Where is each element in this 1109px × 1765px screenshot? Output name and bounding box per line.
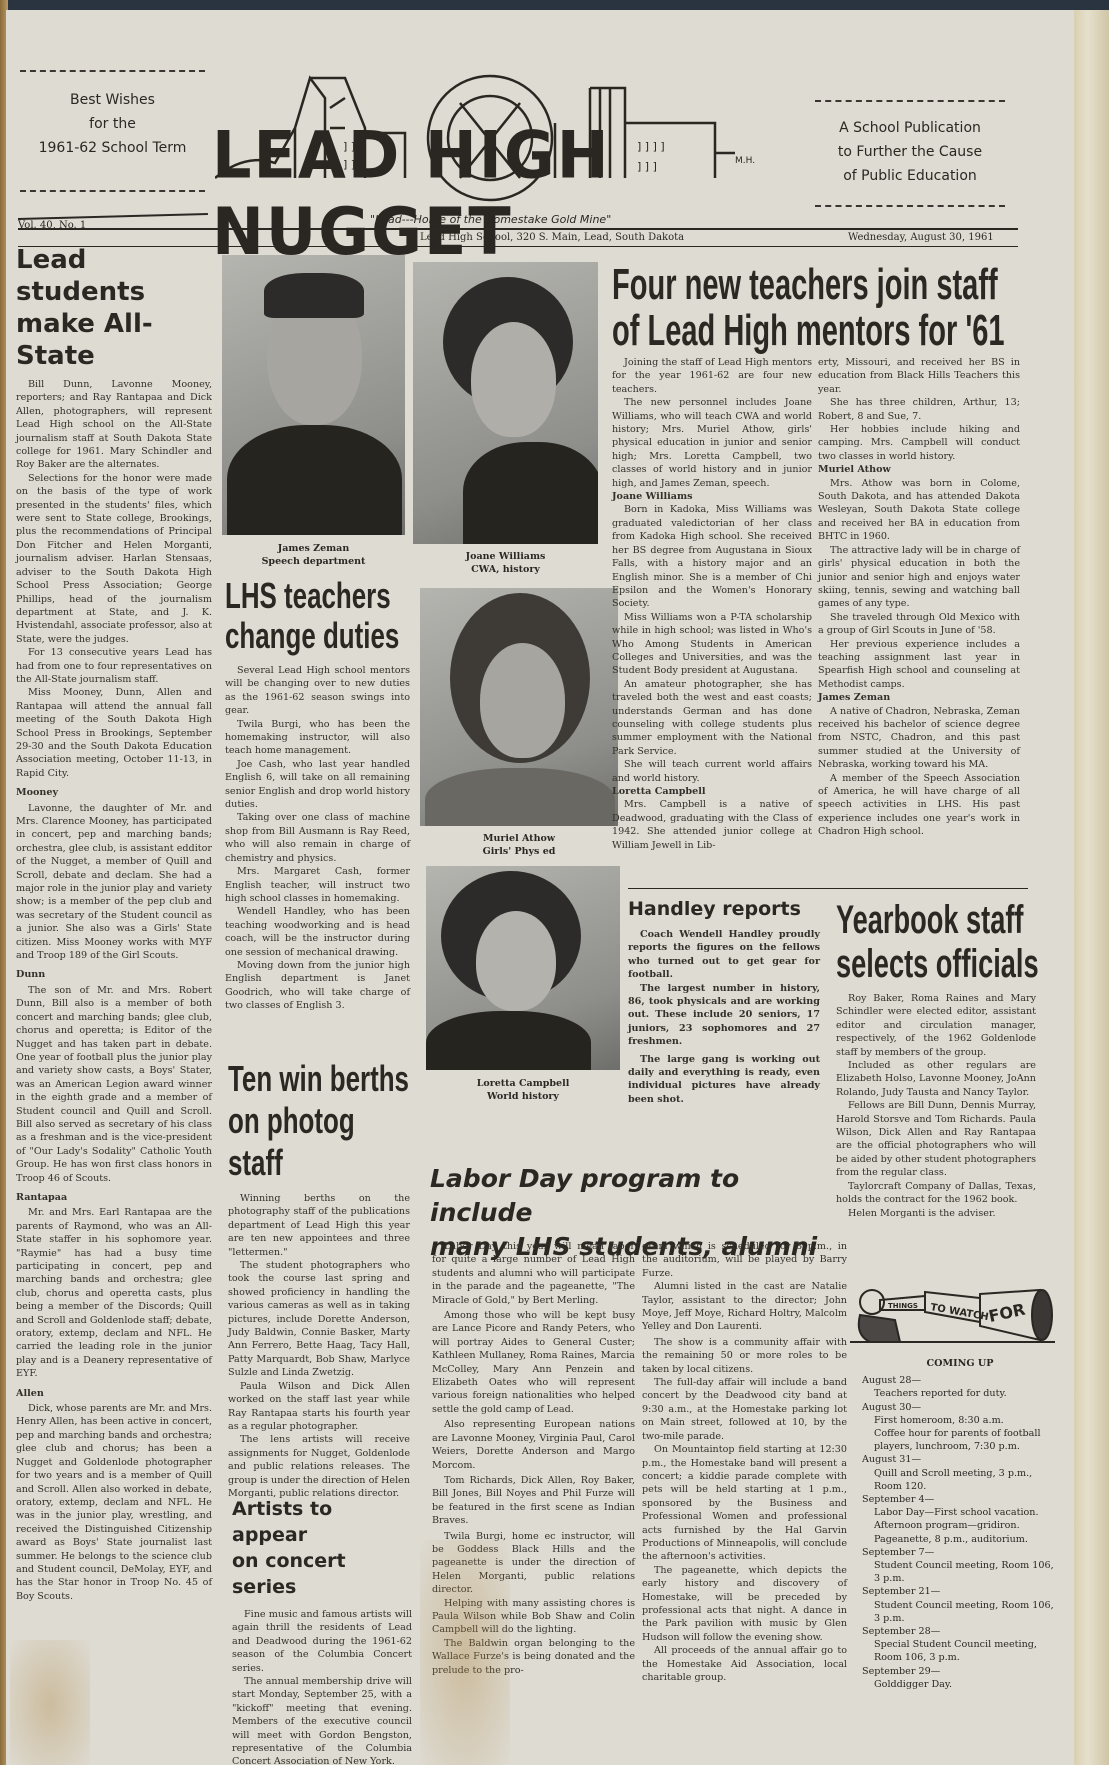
paragraph: For 13 consecutive years Lead has had fr… (16, 646, 212, 686)
calendar-event: First homeroom, 8:30 a.m. (874, 1414, 1058, 1427)
article-body: Bill Dunn, Lavonne Mooney, reporters; an… (16, 378, 212, 1603)
school-address: Lead High School, 320 S. Main, Lead, Sou… (420, 232, 684, 243)
calendar-event: Pageanette, 8 p.m., auditorium. (874, 1533, 1058, 1546)
paragraph: Joe Cash, who last year handled English … (225, 758, 410, 812)
paragraph: Winning berths on the photography staff … (228, 1192, 410, 1259)
headline-line: on concert series (232, 1548, 412, 1600)
article-body: Coach Wendell Handley proudly reports th… (628, 928, 820, 1106)
paragraph: Among those who will be kept busy are La… (432, 1309, 635, 1416)
headline-line: Lead students (16, 244, 212, 308)
calendar-title: COMING UP (862, 1357, 1058, 1370)
right-line: A School Publication (815, 116, 1005, 140)
coming-up-calendar: COMING UP August 28— Teachers reported f… (862, 1357, 1058, 1691)
paragraph: Helen Morganti is the adviser. (836, 1207, 1036, 1220)
paragraph: The new personnel includes Joane William… (612, 396, 812, 490)
calendar-event: Coffee hour for parents of football play… (874, 1427, 1058, 1453)
calendar-event: Afternoon program—gridiron. (874, 1519, 1058, 1532)
masthead-rule (18, 228, 1018, 230)
paragraph: The pageanette, which depicts the early … (642, 1564, 847, 1644)
photo-caption: Loretta Campbell World history (426, 1077, 620, 1103)
calendar-date: August 31— (862, 1453, 1058, 1466)
paragraph: Born in Kadoka, Miss Williams was gradua… (612, 503, 812, 610)
paragraph: Coach Wendell Handley proudly reports th… (628, 928, 820, 982)
headline-line: Yearbook staff (836, 898, 1040, 942)
article-all-state: Lead students make All-State Bill Dunn, … (16, 244, 212, 1603)
paragraph: Twila Burgi, home ec instructor, will be… (432, 1530, 635, 1597)
paragraph: erty, Missouri, and received her BS in e… (818, 356, 1020, 396)
left-line: for the (20, 112, 205, 136)
masthead-right-text: A School Publication to Further the Caus… (815, 116, 1005, 188)
paragraph: Her previous experience includes a teach… (818, 638, 1020, 692)
photo-caption: Joane Williams CWA, history (413, 550, 598, 576)
paragraph: The son of Mr. and Mrs. Robert Dunn, Bil… (16, 984, 212, 1185)
headline-line: Artists to appear (232, 1496, 412, 1548)
article-body: Fine music and famous artists will again… (232, 1608, 412, 1765)
paragraph: Taking over one class of machine shop fr… (225, 811, 410, 865)
masthead-left-text: Best Wishes for the 1961-62 School Term (20, 88, 205, 160)
calendar-date: September 28— (862, 1625, 1058, 1638)
paragraph: She has three children, Arthur, 13; Robe… (818, 396, 1020, 423)
headline-line: LHS teachers (225, 576, 412, 616)
decorative-rule (20, 70, 205, 72)
calendar-event: Labor Day—First school vacation. (874, 1506, 1058, 1519)
article-change-duties: LHS teachers change duties Several Lead … (225, 576, 410, 1013)
subhead: Rantapaa (16, 1191, 212, 1204)
masthead-motto: "Lead---Home of the Homestake Gold Mine" (370, 213, 611, 226)
photo-muriel-athow (420, 588, 618, 826)
article-new-teachers-col1: Joining the staff of Lead High mentors f… (612, 356, 812, 852)
paragraph: The attractive lady will be in charge of… (818, 544, 1020, 611)
subhead: Loretta Campbell (612, 785, 812, 798)
headline: Yearbook staff selects officials (836, 898, 1040, 986)
paragraph: Paula Wilson and Dick Allen worked on th… (228, 1380, 410, 1434)
calendar-date: August 28— (862, 1374, 1058, 1387)
paragraph: A native of Chadron, Nebraska, Zeman rec… (818, 705, 1020, 772)
calendar-event: Teachers reported for duty. (874, 1387, 1058, 1400)
subhead: James Zeman (818, 691, 1020, 704)
article-handley-reports: Handley reports Coach Wendell Handley pr… (628, 896, 820, 1106)
section-rule (628, 888, 1028, 889)
svg-text:FOR: FOR (987, 1300, 1027, 1326)
svg-text:THINGS: THINGS (888, 1302, 918, 1310)
paragraph: The annual membership drive will start M… (232, 1675, 412, 1765)
right-line: to Further the Cause (815, 140, 1005, 164)
article-body: Winning berths on the photography staff … (228, 1192, 410, 1500)
paragraph: Wendell Handley, who has been teaching w… (225, 905, 410, 959)
headline-line: change duties (225, 616, 412, 656)
caption-role: Girls' Phys ed (420, 845, 618, 858)
paragraph: Moving down from the junior high English… (225, 959, 410, 1013)
headline: LHS teachers change duties (225, 576, 412, 656)
page-edge (1074, 10, 1109, 1765)
headline-line: Four new teachers join staff (612, 262, 1034, 308)
paragraph: Twila Burgi, who has been the homemaking… (225, 718, 410, 758)
caption-role: Speech department (222, 555, 405, 568)
photo-caption: Muriel Athow Girls' Phys ed (420, 832, 618, 858)
caption-role: CWA, history (413, 563, 598, 576)
photo-joane-williams (413, 262, 598, 544)
headline-line: on photog staff (228, 1100, 415, 1184)
headline: Artists to appear on concert series (232, 1496, 412, 1600)
article-yearbook: Yearbook staff selects officials Roy Bak… (836, 898, 1036, 1220)
calendar-date: September 29— (862, 1665, 1058, 1678)
paragraph: The student photographers who took the c… (228, 1259, 410, 1380)
headline: Handley reports (628, 896, 820, 922)
paragraph: Mr. and Mrs. Earl Rantapaa are the paren… (16, 1206, 212, 1380)
paragraph: Labor Day this year will mean labor for … (432, 1240, 635, 1307)
article-new-teachers-col2: erty, Missouri, and received her BS in e… (818, 356, 1020, 839)
paragraph: Her hobbies include hiking and camping. … (818, 423, 1020, 463)
photo-james-zeman (222, 255, 405, 535)
headline-line: selects officials (836, 942, 1040, 986)
calendar-date: September 4— (862, 1493, 1058, 1506)
headline: Four new teachers join staff of Lead Hig… (612, 262, 1034, 354)
paragraph: The largest number in history, 86, took … (628, 982, 820, 1049)
caption-name: Joane Williams (413, 550, 598, 563)
paragraph: All proceeds of the annual affair go to … (642, 1644, 847, 1684)
paragraph: She traveled through Old Mexico with a g… (818, 611, 1020, 638)
paragraph: Mrs. Margaret Cash, former English teach… (225, 865, 410, 905)
paragraph: Bill Dunn, Lavonne Mooney, reporters; an… (16, 378, 212, 472)
paragraph: A member of the Speech Association of Am… (818, 772, 1020, 839)
calendar-date: September 7— (862, 1546, 1058, 1559)
paragraph: Roy Baker, Roma Raines and Mary Schindle… (836, 992, 1036, 1059)
caption-name: James Zeman (222, 542, 405, 555)
paragraph: Selections for the honor were made on th… (16, 472, 212, 646)
paragraph: On Mountaintop field starting at 12:30 p… (642, 1443, 847, 1564)
subhead: Joane Williams (612, 490, 812, 503)
subhead: Mooney (16, 786, 212, 799)
paragraph: Mrs. Athow was born in Colome, South Dak… (818, 477, 1020, 544)
photo-loretta-campbell (426, 866, 620, 1070)
decorative-rule (815, 100, 1005, 102)
paragraph: Miss Williams won a P-TA scholarship whi… (612, 611, 812, 678)
subhead: Allen (16, 1387, 212, 1400)
paragraph: Fellows are Bill Dunn, Dennis Murray, Ha… (836, 1099, 1036, 1179)
article-labor-day-col2: gram which is scheduled for 8 p.m., in t… (642, 1240, 847, 1684)
paragraph: The full-day affair will include a band … (642, 1376, 847, 1443)
issue-date: Wednesday, August 30, 1961 (848, 232, 994, 243)
paragraph: Alumni listed in the cast are Natalie Ta… (642, 1280, 847, 1334)
caption-role: World history (426, 1090, 620, 1103)
headline-line: make All-State (16, 308, 212, 372)
paragraph: Mrs. Campbell is a native of Deadwood, g… (612, 798, 812, 852)
paragraph: Lavonne, the daughter of Mr. and Mrs. Cl… (16, 802, 212, 963)
telescope-cartoon-icon: THINGS TO WATCH FOR (850, 1280, 1060, 1350)
headline-line: Ten win berths (228, 1058, 415, 1100)
calendar-event: Student Council meeting, Room 106, 3 p.m… (874, 1559, 1058, 1585)
article-photog-staff: Ten win berths on photog staff Winning b… (228, 1058, 410, 1500)
calendar-event: Special Student Council meeting, Room 10… (874, 1638, 1058, 1664)
paragraph: Tom Richards, Dick Allen, Roy Baker, Bil… (432, 1474, 635, 1528)
subhead: Muriel Athow (818, 463, 1020, 476)
photo-caption: James Zeman Speech department (222, 542, 405, 568)
calendar-event: Quill and Scroll meeting, 3 p.m., Room 1… (874, 1467, 1058, 1493)
calendar-event: Golddigger Day. (874, 1678, 1058, 1691)
calendar-date: September 21— (862, 1585, 1058, 1598)
article-labor-day-col1: Labor Day this year will mean labor for … (432, 1240, 635, 1677)
caption-name: Loretta Campbell (426, 1077, 620, 1090)
paragraph: The show is a community affair with the … (642, 1336, 847, 1376)
paragraph: Several Lead High school mentors will be… (225, 664, 410, 718)
caption-name: Muriel Athow (420, 832, 618, 845)
paragraph: gram which is scheduled for 8 p.m., in t… (642, 1240, 847, 1280)
paragraph: The Baldwin organ belonging to the Walla… (432, 1637, 635, 1677)
paragraph: Miss Mooney, Dunn, Allen and Rantapaa wi… (16, 686, 212, 780)
headline-line: Labor Day program to include (430, 1162, 850, 1230)
paragraph: Also representing European nations are L… (432, 1418, 635, 1472)
calendar-event: Student Council meeting, Room 106, 3 p.m… (874, 1599, 1058, 1625)
right-line: of Public Education (815, 164, 1005, 188)
headline-line: of Lead High mentors for '61 (612, 308, 1034, 354)
paragraph: Fine music and famous artists will again… (232, 1608, 412, 1675)
paragraph: Dick, whose parents are Mr. and Mrs. Hen… (16, 1402, 212, 1603)
calendar-date: August 30— (862, 1401, 1058, 1414)
left-line: Best Wishes (20, 88, 205, 112)
paragraph: Helping with many assisting chores is Pa… (432, 1597, 635, 1637)
article-concert-series: Artists to appear on concert series Fine… (232, 1496, 412, 1765)
paragraph: Taylorcraft Company of Dallas, Texas, ho… (836, 1180, 1036, 1207)
article-body: Roy Baker, Roma Raines and Mary Schindle… (836, 992, 1036, 1220)
article-body: Several Lead High school mentors will be… (225, 664, 410, 1013)
left-line: 1961-62 School Term (20, 136, 205, 160)
paragraph: The large gang is working out daily and … (628, 1053, 820, 1107)
paragraph: The lens artists will receive assignment… (228, 1433, 410, 1500)
decorative-rule (815, 205, 1005, 207)
paragraph: Included as other regulars are Elizabeth… (836, 1059, 1036, 1099)
paragraph: Joining the staff of Lead High mentors f… (612, 356, 812, 396)
paragraph: An amateur photographer, she has travele… (612, 678, 812, 758)
headline: Ten win berths on photog staff (228, 1058, 415, 1184)
headline: Lead students make All-State (16, 244, 212, 372)
subhead: Dunn (16, 968, 212, 981)
article-new-teachers: Four new teachers join staff of Lead Hig… (612, 262, 1032, 354)
decorative-rule (20, 190, 205, 192)
paragraph: She will teach current world affairs and… (612, 758, 812, 785)
